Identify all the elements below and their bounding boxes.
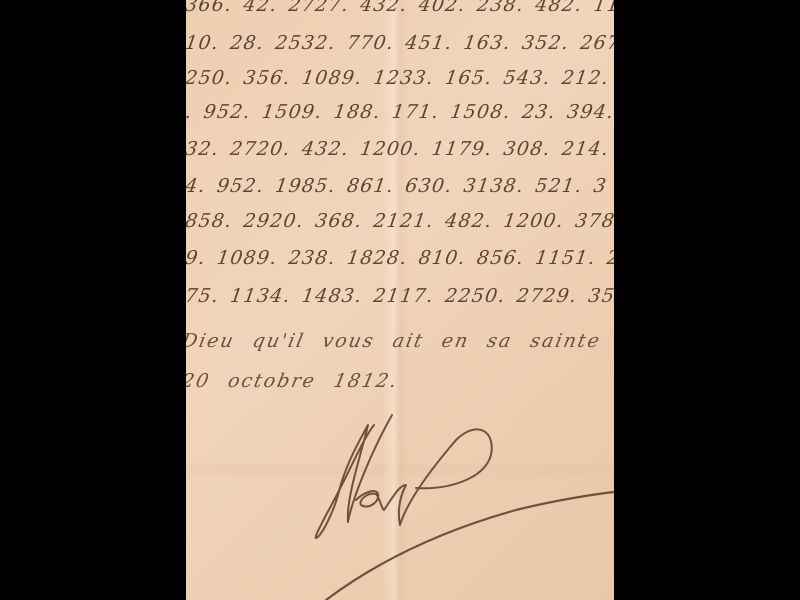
black-border-right (614, 0, 800, 600)
black-border-left (0, 0, 186, 600)
letter-paper: 1366. 42. 2727. 432. 402. 238. 482. 1147… (186, 0, 614, 600)
signature-nap (186, 0, 614, 600)
